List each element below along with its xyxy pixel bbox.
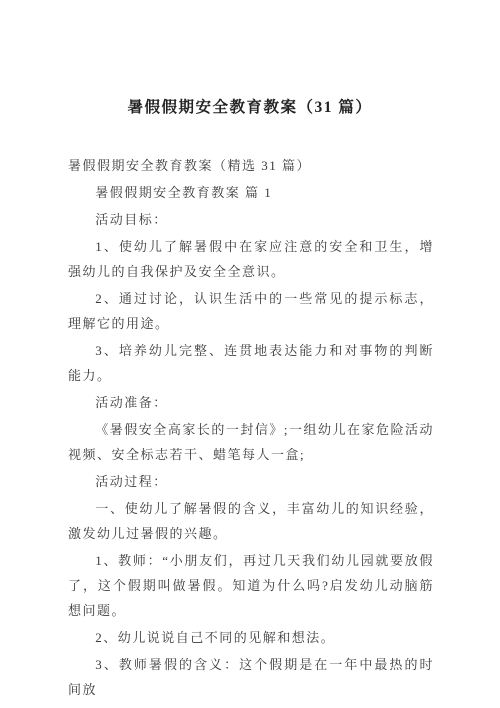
document-title: 暑假假期安全教育教案（31 篇） [0, 0, 500, 119]
paragraph: 一、使幼儿了解暑假的含义，丰富幼儿的知识经验，激发幼儿过暑假的兴趣。 [68, 496, 434, 546]
paragraph: 1、教师：“小朋友们，再过几天我们幼儿园就要放假了，这个假期叫做暑假。知道为什么… [68, 548, 434, 623]
paragraph: 活动准备： [68, 390, 434, 415]
paragraph: 《暑假安全高家长的一封信》;一组幼儿在家危险活动视频、安全标志若干、蜡笔每人一盒… [68, 417, 434, 467]
document-body: 暑假假期安全教育教案（精选 31 篇）暑假假期安全教育教案 篇 1活动目标：1、… [0, 153, 500, 702]
paragraph: 暑假假期安全教育教案 篇 1 [68, 180, 434, 205]
paragraph: 3、教师暑假的含义：这个假期是在一年中最热的时间放 [68, 652, 434, 702]
paragraph: 活动过程： [68, 469, 434, 494]
paragraph: 2、幼儿说说自己不同的见解和想法。 [68, 625, 434, 650]
paragraph: 暑假假期安全教育教案（精选 31 篇） [68, 153, 434, 178]
paragraph: 3、培养幼儿完整、连贯地表达能力和对事物的判断能力。 [68, 338, 434, 388]
paragraph: 2、通过讨论，认识生活中的一些常见的提示标志，理解它的用途。 [68, 286, 434, 336]
paragraph: 1、使幼儿了解暑假中在家应注意的安全和卫生，增强幼儿的自我保护及安全全意识。 [68, 234, 434, 284]
paragraph: 活动目标： [68, 207, 434, 232]
document-page: 暑假假期安全教育教案（31 篇） 暑假假期安全教育教案（精选 31 篇）暑假假期… [0, 0, 500, 708]
